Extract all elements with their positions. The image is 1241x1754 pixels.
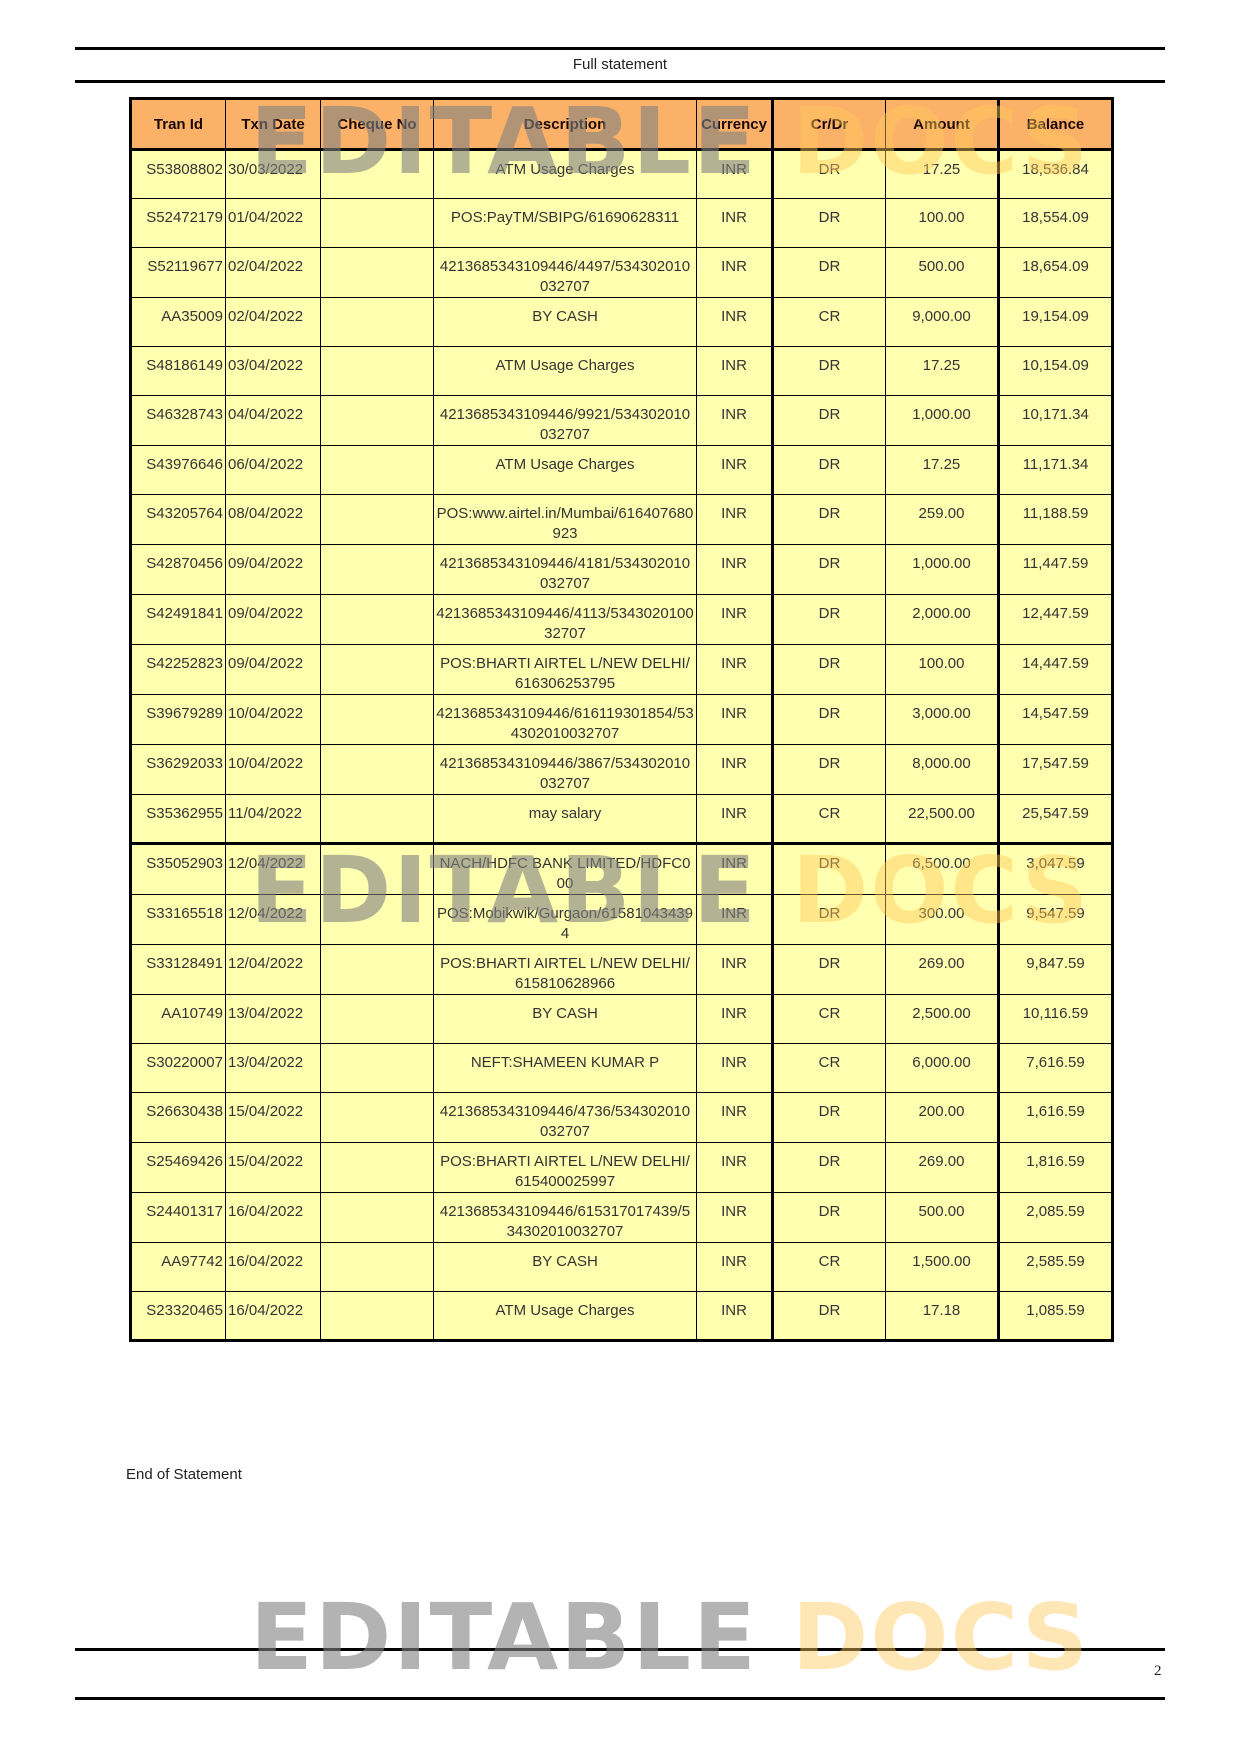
table-row: S4225282309/04/2022POS:BHARTI AIRTEL L/N… (131, 645, 1113, 695)
cell-amount: 17.18 (886, 1292, 999, 1341)
header-rule-top (75, 47, 1165, 50)
cell-amount: 269.00 (886, 945, 999, 995)
cell-tran-id: S43976646 (131, 446, 226, 495)
cell-balance: 9,847.59 (999, 945, 1113, 995)
cell-cr-dr: DR (773, 645, 886, 695)
cell-cheque-no (321, 150, 434, 199)
cell-balance: 18,654.09 (999, 248, 1113, 298)
table-row: S4397664606/04/2022ATM Usage ChargesINRD… (131, 446, 1113, 495)
col-header-description: Description (434, 99, 697, 150)
cell-tran-id: S39679289 (131, 695, 226, 745)
cell-description: ATM Usage Charges (434, 446, 697, 495)
cell-tran-id: S33165518 (131, 895, 226, 945)
table-row: S2546942615/04/2022POS:BHARTI AIRTEL L/N… (131, 1143, 1113, 1193)
cell-cheque-no (321, 396, 434, 446)
cell-currency: INR (697, 347, 773, 396)
cell-amount: 300.00 (886, 895, 999, 945)
cell-currency: INR (697, 545, 773, 595)
cell-cr-dr: CR (773, 995, 886, 1044)
cell-tran-id: S53808802 (131, 150, 226, 199)
cell-tran-id: S36292033 (131, 745, 226, 795)
cell-cr-dr: DR (773, 248, 886, 298)
cell-description: ATM Usage Charges (434, 1292, 697, 1341)
cell-amount: 3,000.00 (886, 695, 999, 745)
cell-txn-date: 03/04/2022 (226, 347, 321, 396)
cell-txn-date: 04/04/2022 (226, 396, 321, 446)
cell-currency: INR (697, 745, 773, 795)
cell-amount: 6,500.00 (886, 844, 999, 895)
cell-currency: INR (697, 895, 773, 945)
cell-amount: 17.25 (886, 347, 999, 396)
cell-currency: INR (697, 396, 773, 446)
cell-txn-date: 10/04/2022 (226, 745, 321, 795)
cell-currency: INR (697, 495, 773, 545)
table-row: S5211967702/04/20224213685343109446/4497… (131, 248, 1113, 298)
cell-amount: 8,000.00 (886, 745, 999, 795)
col-header-amount: Amount (886, 99, 999, 150)
cell-amount: 200.00 (886, 1093, 999, 1143)
cell-cr-dr: CR (773, 298, 886, 347)
cell-cr-dr: DR (773, 1193, 886, 1243)
table-row: S4287045609/04/20224213685343109446/4181… (131, 545, 1113, 595)
cell-balance: 2,085.59 (999, 1193, 1113, 1243)
cell-amount: 100.00 (886, 199, 999, 248)
cell-cr-dr: CR (773, 1044, 886, 1093)
table-row: S5380880230/03/2022ATM Usage ChargesINRD… (131, 150, 1113, 199)
cell-tran-id: S30220007 (131, 1044, 226, 1093)
cell-amount: 1,500.00 (886, 1243, 999, 1292)
cell-description: may salary (434, 795, 697, 844)
cell-amount: 500.00 (886, 248, 999, 298)
cell-currency: INR (697, 1243, 773, 1292)
cell-balance: 1,085.59 (999, 1292, 1113, 1341)
cell-txn-date: 16/04/2022 (226, 1193, 321, 1243)
cell-cheque-no (321, 545, 434, 595)
table-row: AA3500902/04/2022BY CASHINRCR9,000.0019,… (131, 298, 1113, 347)
cell-txn-date: 08/04/2022 (226, 495, 321, 545)
cell-balance: 25,547.59 (999, 795, 1113, 844)
table-row: S4320576408/04/2022POS:www.airtel.in/Mum… (131, 495, 1113, 545)
table-row: AA9774216/04/2022BY CASHINRCR1,500.002,5… (131, 1243, 1113, 1292)
cell-description: BY CASH (434, 1243, 697, 1292)
footer-rule-top (75, 1648, 1165, 1651)
cell-txn-date: 12/04/2022 (226, 945, 321, 995)
cell-description: 4213685343109446/4113/534302010032707 (434, 595, 697, 645)
cell-cheque-no (321, 347, 434, 396)
cell-cr-dr: DR (773, 1143, 886, 1193)
cell-amount: 22,500.00 (886, 795, 999, 844)
cell-cheque-no (321, 1193, 434, 1243)
table-row: S2440131716/04/20224213685343109446/6153… (131, 1193, 1113, 1243)
cell-txn-date: 09/04/2022 (226, 595, 321, 645)
cell-txn-date: 02/04/2022 (226, 298, 321, 347)
cell-tran-id: S33128491 (131, 945, 226, 995)
cell-cr-dr: DR (773, 595, 886, 645)
cell-description: POS:PayTM/SBIPG/61690628311 (434, 199, 697, 248)
cell-tran-id: S35362955 (131, 795, 226, 844)
cell-cheque-no (321, 1292, 434, 1341)
table-row: S3312849112/04/2022POS:BHARTI AIRTEL L/N… (131, 945, 1113, 995)
table-row: S4818614903/04/2022ATM Usage ChargesINRD… (131, 347, 1113, 396)
col-header-cr-dr: Cr/Dr (773, 99, 886, 150)
cell-description: POS:BHARTI AIRTEL L/NEW DELHI/6158106289… (434, 945, 697, 995)
cell-description: ATM Usage Charges (434, 150, 697, 199)
cell-tran-id: S43205764 (131, 495, 226, 545)
cell-txn-date: 13/04/2022 (226, 995, 321, 1044)
footer-rule-bottom (75, 1697, 1165, 1700)
cell-amount: 17.25 (886, 446, 999, 495)
cell-tran-id: AA35009 (131, 298, 226, 347)
cell-txn-date: 16/04/2022 (226, 1243, 321, 1292)
cell-description: 4213685343109446/616119301854/5343020100… (434, 695, 697, 745)
table-row: S2332046516/04/2022ATM Usage ChargesINRD… (131, 1292, 1113, 1341)
cell-amount: 9,000.00 (886, 298, 999, 347)
cell-description: POS:www.airtel.in/Mumbai/616407680923 (434, 495, 697, 545)
cell-balance: 10,171.34 (999, 396, 1113, 446)
statement-table: Tran Id Txn Date Cheque No Description C… (129, 97, 1114, 1342)
col-header-currency: Currency (697, 99, 773, 150)
cell-txn-date: 11/04/2022 (226, 795, 321, 844)
cell-tran-id: S46328743 (131, 396, 226, 446)
table-row: S2663043815/04/20224213685343109446/4736… (131, 1093, 1113, 1143)
cell-description: BY CASH (434, 298, 697, 347)
cell-txn-date: 01/04/2022 (226, 199, 321, 248)
cell-currency: INR (697, 1143, 773, 1193)
cell-description: NEFT:SHAMEEN KUMAR P (434, 1044, 697, 1093)
cell-cr-dr: DR (773, 1093, 886, 1143)
cell-cheque-no (321, 1243, 434, 1292)
cell-cr-dr: DR (773, 844, 886, 895)
cell-cheque-no (321, 745, 434, 795)
page-title: Full statement (75, 56, 1165, 73)
table-row: S4632874304/04/20224213685343109446/9921… (131, 396, 1113, 446)
cell-cr-dr: DR (773, 695, 886, 745)
cell-tran-id: S24401317 (131, 1193, 226, 1243)
cell-cr-dr: DR (773, 745, 886, 795)
col-header-tran-id: Tran Id (131, 99, 226, 150)
cell-balance: 14,547.59 (999, 695, 1113, 745)
cell-tran-id: S35052903 (131, 844, 226, 895)
cell-cheque-no (321, 446, 434, 495)
cell-description: 4213685343109446/9921/534302010032707 (434, 396, 697, 446)
cell-description: 4213685343109446/4181/534302010032707 (434, 545, 697, 595)
cell-currency: INR (697, 645, 773, 695)
cell-txn-date: 02/04/2022 (226, 248, 321, 298)
cell-amount: 100.00 (886, 645, 999, 695)
table-row: S3022000713/04/2022NEFT:SHAMEEN KUMAR PI… (131, 1044, 1113, 1093)
cell-txn-date: 30/03/2022 (226, 150, 321, 199)
cell-cheque-no (321, 495, 434, 545)
cell-cheque-no (321, 795, 434, 844)
cell-cr-dr: CR (773, 1243, 886, 1292)
cell-balance: 18,536.84 (999, 150, 1113, 199)
cell-cheque-no (321, 645, 434, 695)
cell-cr-dr: DR (773, 347, 886, 396)
cell-currency: INR (697, 1292, 773, 1341)
cell-amount: 2,000.00 (886, 595, 999, 645)
cell-cheque-no (321, 895, 434, 945)
cell-description: POS:BHARTI AIRTEL L/NEW DELHI/6154000259… (434, 1143, 697, 1193)
cell-tran-id: S42252823 (131, 645, 226, 695)
cell-amount: 1,000.00 (886, 396, 999, 446)
cell-cheque-no (321, 248, 434, 298)
cell-currency: INR (697, 1044, 773, 1093)
cell-balance: 12,447.59 (999, 595, 1113, 645)
cell-cr-dr: DR (773, 396, 886, 446)
col-header-cheque-no: Cheque No (321, 99, 434, 150)
cell-currency: INR (697, 248, 773, 298)
cell-cr-dr: DR (773, 495, 886, 545)
cell-description: POS:Mobikwik/Gurgaon/615810434394 (434, 895, 697, 945)
col-header-txn-date: Txn Date (226, 99, 321, 150)
cell-tran-id: AA97742 (131, 1243, 226, 1292)
cell-cheque-no (321, 298, 434, 347)
cell-amount: 1,000.00 (886, 545, 999, 595)
cell-cheque-no (321, 995, 434, 1044)
cell-currency: INR (697, 199, 773, 248)
cell-cheque-no (321, 844, 434, 895)
table-row: S3316551812/04/2022POS:Mobikwik/Gurgaon/… (131, 895, 1113, 945)
cell-currency: INR (697, 446, 773, 495)
cell-cr-dr: DR (773, 446, 886, 495)
cell-currency: INR (697, 795, 773, 844)
cell-balance: 10,116.59 (999, 995, 1113, 1044)
cell-txn-date: 12/04/2022 (226, 895, 321, 945)
cell-currency: INR (697, 995, 773, 1044)
cell-balance: 1,816.59 (999, 1143, 1113, 1193)
page-number: 2 (1154, 1663, 1162, 1680)
cell-balance: 9,547.59 (999, 895, 1113, 945)
cell-balance: 18,554.09 (999, 199, 1113, 248)
cell-tran-id: S42491841 (131, 595, 226, 645)
cell-cr-dr: DR (773, 945, 886, 995)
cell-tran-id: S52119677 (131, 248, 226, 298)
table-row: S4249184109/04/20224213685343109446/4113… (131, 595, 1113, 645)
cell-currency: INR (697, 945, 773, 995)
cell-currency: INR (697, 1193, 773, 1243)
cell-cr-dr: DR (773, 1292, 886, 1341)
table-row: AA1074913/04/2022BY CASHINRCR2,500.0010,… (131, 995, 1113, 1044)
cell-currency: INR (697, 150, 773, 199)
cell-tran-id: S25469426 (131, 1143, 226, 1193)
table-row: S3536295511/04/2022may salaryINRCR22,500… (131, 795, 1113, 844)
cell-amount: 259.00 (886, 495, 999, 545)
table-header-row: Tran Id Txn Date Cheque No Description C… (131, 99, 1113, 150)
table-row: S5247217901/04/2022POS:PayTM/SBIPG/61690… (131, 199, 1113, 248)
cell-balance: 14,447.59 (999, 645, 1113, 695)
cell-txn-date: 10/04/2022 (226, 695, 321, 745)
cell-cheque-no (321, 199, 434, 248)
cell-balance: 3,047.59 (999, 844, 1113, 895)
cell-balance: 7,616.59 (999, 1044, 1113, 1093)
cell-cheque-no (321, 695, 434, 745)
cell-cr-dr: DR (773, 545, 886, 595)
cell-description: 4213685343109446/4497/534302010032707 (434, 248, 697, 298)
cell-cheque-no (321, 1044, 434, 1093)
cell-tran-id: S48186149 (131, 347, 226, 396)
cell-cr-dr: CR (773, 795, 886, 844)
cell-txn-date: 06/04/2022 (226, 446, 321, 495)
cell-amount: 269.00 (886, 1143, 999, 1193)
cell-txn-date: 12/04/2022 (226, 844, 321, 895)
cell-description: NACH/HDFC BANK LIMITED/HDFC000 (434, 844, 697, 895)
cell-cheque-no (321, 1093, 434, 1143)
cell-balance: 2,585.59 (999, 1243, 1113, 1292)
table-row: S3629203310/04/20224213685343109446/3867… (131, 745, 1113, 795)
cell-cr-dr: DR (773, 895, 886, 945)
cell-txn-date: 09/04/2022 (226, 645, 321, 695)
cell-description: 4213685343109446/4736/534302010032707 (434, 1093, 697, 1143)
cell-txn-date: 09/04/2022 (226, 545, 321, 595)
table-row: S3967928910/04/20224213685343109446/6161… (131, 695, 1113, 745)
cell-description: 4213685343109446/615317017439/5343020100… (434, 1193, 697, 1243)
cell-cheque-no (321, 595, 434, 645)
cell-cheque-no (321, 1143, 434, 1193)
watermark-bottom: EDITABLE DOCS (250, 1592, 1090, 1684)
cell-tran-id: S23320465 (131, 1292, 226, 1341)
cell-description: 4213685343109446/3867/534302010032707 (434, 745, 697, 795)
header-rule-bottom (75, 80, 1165, 83)
cell-currency: INR (697, 1093, 773, 1143)
cell-currency: INR (697, 298, 773, 347)
cell-amount: 2,500.00 (886, 995, 999, 1044)
cell-description: POS:BHARTI AIRTEL L/NEW DELHI/6163062537… (434, 645, 697, 695)
cell-balance: 11,447.59 (999, 545, 1113, 595)
cell-txn-date: 15/04/2022 (226, 1143, 321, 1193)
cell-description: ATM Usage Charges (434, 347, 697, 396)
cell-cheque-no (321, 945, 434, 995)
cell-cr-dr: DR (773, 199, 886, 248)
cell-tran-id: S26630438 (131, 1093, 226, 1143)
cell-balance: 1,616.59 (999, 1093, 1113, 1143)
cell-tran-id: AA10749 (131, 995, 226, 1044)
cell-balance: 17,547.59 (999, 745, 1113, 795)
cell-txn-date: 15/04/2022 (226, 1093, 321, 1143)
cell-cr-dr: DR (773, 150, 886, 199)
cell-amount: 500.00 (886, 1193, 999, 1243)
end-of-statement: End of Statement (126, 1466, 242, 1483)
cell-amount: 17.25 (886, 150, 999, 199)
cell-amount: 6,000.00 (886, 1044, 999, 1093)
col-header-balance: Balance (999, 99, 1113, 150)
cell-balance: 10,154.09 (999, 347, 1113, 396)
cell-tran-id: S42870456 (131, 545, 226, 595)
cell-balance: 11,188.59 (999, 495, 1113, 545)
cell-currency: INR (697, 595, 773, 645)
cell-currency: INR (697, 695, 773, 745)
cell-currency: INR (697, 844, 773, 895)
cell-balance: 19,154.09 (999, 298, 1113, 347)
cell-txn-date: 13/04/2022 (226, 1044, 321, 1093)
cell-balance: 11,171.34 (999, 446, 1113, 495)
cell-txn-date: 16/04/2022 (226, 1292, 321, 1341)
cell-tran-id: S52472179 (131, 199, 226, 248)
cell-description: BY CASH (434, 995, 697, 1044)
table-row: S3505290312/04/2022NACH/HDFC BANK LIMITE… (131, 844, 1113, 895)
